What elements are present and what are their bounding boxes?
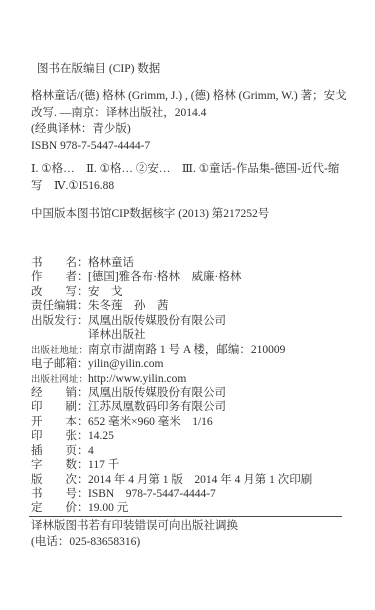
detail-row-email: 电子邮箱：yilin@yilin.com	[31, 357, 351, 371]
detail-row-address: 出版社地址：南京市湖南路 1 号 A 楼，邮编：210009	[31, 343, 351, 357]
detail-value: 2014 年 4 月第 1 版 2014 年 4 月第 1 次印刷	[88, 474, 312, 486]
detail-label: 字 数：	[31, 458, 88, 472]
detail-label: 定 价：	[31, 501, 88, 515]
detail-label: 书 名：	[31, 256, 88, 270]
detail-row-distributor: 经 销：凤凰出版传媒股份有限公司	[31, 386, 351, 400]
detail-row-editor: 责任编辑：朱冬莲 孙 茜	[31, 299, 351, 313]
detail-value: [德国]雅各布·格林 威廉·格林	[88, 271, 241, 283]
detail-row-edition: 版 次：2014 年 4 月第 1 版 2014 年 4 月第 1 次印刷	[31, 473, 351, 487]
footer-divider	[29, 516, 342, 517]
detail-row-format: 开 本：652 毫米×960 毫米 1/16	[31, 415, 351, 429]
cip-classification: Ⅰ. ①格… Ⅱ. ①格… ②安… Ⅲ. ①童话-作品集-德国-近代-缩 写 Ⅳ…	[31, 161, 349, 195]
detail-row-inserts: 插 页：4	[31, 444, 351, 458]
detail-value: 南京市湖南路 1 号 A 楼，邮编：210009	[88, 344, 285, 356]
detail-label: 出版社网址：	[31, 373, 88, 387]
detail-row-author: 作 者：[德国]雅各布·格林 威廉·格林	[31, 270, 351, 284]
detail-value: http://www.yilin.com	[88, 373, 186, 385]
detail-value: 4	[88, 445, 94, 457]
detail-row-publisher-cont: 译林出版社	[31, 328, 351, 342]
detail-row-adapter: 改 写：安 戈	[31, 285, 351, 299]
publication-details: 书 名：格林童话 作 者：[德国]雅各布·格林 威廉·格林 改 写：安 戈 责任…	[31, 256, 351, 516]
detail-value: 安 戈	[88, 286, 123, 298]
cip-description-line: 改写. —南京：译林出版社，2014.4	[31, 105, 349, 122]
detail-value: 江苏凤凰数码印务有限公司	[88, 401, 226, 413]
detail-value: 译林出版社	[88, 329, 146, 341]
detail-row-website: 出版社网址：http://www.yilin.com	[31, 372, 351, 386]
detail-label: 印 刷：	[31, 400, 88, 414]
detail-label: 经 销：	[31, 386, 88, 400]
detail-label: 书 号：	[31, 487, 88, 501]
detail-value: 朱冬莲 孙 茜	[88, 300, 169, 312]
exchange-note-line: 译林版图书若有印装错误可向出版社调换	[31, 518, 238, 534]
cip-record-number: 中国版本图书馆CIP数据核字 (2013) 第217252号	[31, 205, 269, 221]
detail-label: 作 者：	[31, 270, 88, 284]
cip-description-line: (经典译林：青少版)	[31, 121, 349, 138]
detail-row-price: 定 价：19.00 元	[31, 501, 351, 515]
detail-value: ISBN 978-7-5447-4444-7	[88, 488, 216, 500]
detail-label: 版 次：	[31, 473, 88, 487]
cip-description-line: 格林童话/(德) 格林 (Grimm, J.) , (德) 格林 (Grimm,…	[31, 88, 349, 105]
detail-label: 出版发行：	[31, 314, 88, 328]
exchange-notes: 译林版图书若有印装错误可向出版社调换 (电话：025-83658316)	[31, 518, 238, 550]
detail-row-title: 书 名：格林童话	[31, 256, 351, 270]
detail-label: 开 本：	[31, 415, 88, 429]
isbn-line: ISBN 978-7-5447-4444-7	[31, 138, 349, 155]
detail-label: 出版社地址：	[31, 344, 88, 358]
detail-row-publisher: 出版发行：凤凰出版传媒股份有限公司	[31, 314, 351, 328]
copyright-page: 图书在版编目 (CIP) 数据 格林童话/(德) 格林 (Grimm, J.) …	[0, 0, 375, 610]
detail-value: 格林童话	[88, 257, 134, 269]
detail-label: 印 张：	[31, 429, 88, 443]
detail-label: 插 页：	[31, 444, 88, 458]
detail-value: 14.25	[88, 430, 114, 442]
detail-value: 凤凰出版传媒股份有限公司	[88, 387, 226, 399]
classification-line: Ⅰ. ①格… Ⅱ. ①格… ②安… Ⅲ. ①童话-作品集-德国-近代-缩	[31, 161, 349, 178]
cip-header: 图书在版编目 (CIP) 数据	[37, 60, 160, 76]
detail-value: 19.00 元	[88, 502, 128, 514]
detail-label: 责任编辑：	[31, 299, 88, 313]
classification-line: 写 Ⅳ.①I516.88	[31, 178, 349, 195]
exchange-phone-line: (电话：025-83658316)	[31, 534, 238, 550]
detail-row-isbn: 书 号：ISBN 978-7-5447-4444-7	[31, 487, 351, 501]
cip-description: 格林童话/(德) 格林 (Grimm, J.) , (德) 格林 (Grimm,…	[31, 88, 349, 154]
detail-value: 652 毫米×960 毫米 1/16	[88, 416, 213, 428]
detail-value: 117 千	[88, 459, 119, 471]
detail-row-wordcount: 字 数：117 千	[31, 458, 351, 472]
detail-value: yilin@yilin.com	[88, 358, 163, 370]
detail-label: 改 写：	[31, 285, 88, 299]
detail-label: 电子邮箱：	[31, 357, 88, 371]
detail-row-printer: 印 刷：江苏凤凰数码印务有限公司	[31, 400, 351, 414]
detail-row-sheets: 印 张：14.25	[31, 429, 351, 443]
detail-value: 凤凰出版传媒股份有限公司	[88, 315, 226, 327]
